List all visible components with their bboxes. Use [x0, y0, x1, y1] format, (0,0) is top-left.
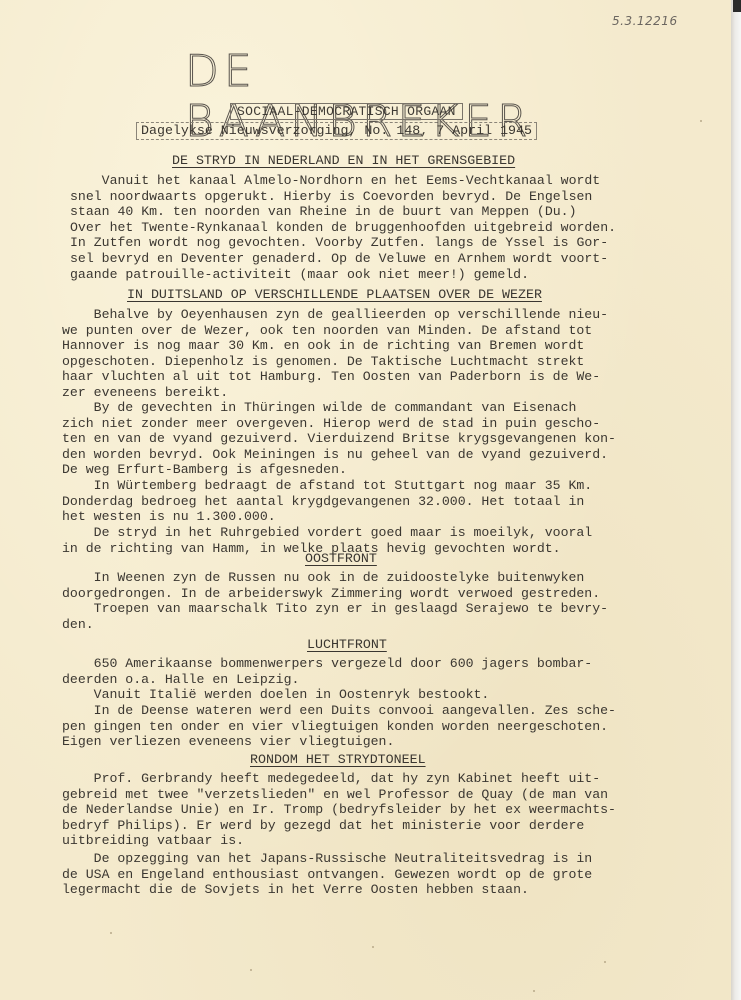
article-paragraph: By de gevechten in Thüringen wilde de co…	[62, 400, 616, 478]
section-heading-netherlands: DE STRYD IN NEDERLAND EN IN HET GRENSGEB…	[172, 153, 515, 168]
paper-speck	[110, 932, 112, 934]
section-heading-air-front: LUCHTFRONT	[307, 637, 387, 652]
article-paragraph: In Würtemberg bedraagt de afstand tot St…	[62, 478, 592, 525]
newspaper-subtitle: SOCIAAL-DEMOCRATISCH ORGAAN	[230, 103, 463, 120]
article-paragraph: 650 Amerikaanse bommenwerpers vergezeld …	[62, 656, 592, 687]
newsletter-page: 5.3.12216 DE BAANBREKER SOCIAAL-DEMOCRAT…	[0, 0, 731, 1000]
paper-speck	[533, 990, 535, 992]
article-paragraph: Vanuit het kanaal Almelo-Nordhorn en het…	[70, 173, 616, 282]
article-paragraph: De opzegging van het Japans-Russische Ne…	[62, 851, 592, 898]
section-heading-eastern-front: OOSTFRONT	[305, 551, 377, 566]
article-paragraph: In Weenen zyn de Russen nu ook in de zui…	[62, 570, 600, 601]
issue-line: Dagelykse Nieuwsverzorging, No. 148, 7 A…	[136, 122, 537, 140]
article-paragraph: Behalve by Oeyenhausen zyn de geallieerd…	[62, 307, 608, 401]
paper-speck	[604, 961, 606, 963]
article-paragraph: Troepen van maarschalk Tito zyn er in ge…	[62, 601, 608, 632]
paper-speck	[700, 120, 702, 122]
article-paragraph: In de Deense wateren werd een Duits conv…	[62, 703, 616, 750]
paper-speck	[372, 946, 374, 948]
article-paragraph: Prof. Gerbrandy heeft medegedeeld, dat h…	[62, 771, 616, 849]
paper-speck	[250, 969, 252, 971]
section-heading-around-battlefield: RONDOM HET STRYDTONEEL	[250, 752, 426, 767]
scanner-edge	[731, 0, 741, 1000]
section-heading-germany: IN DUITSLAND OP VERSCHILLENDE PLAATSEN O…	[127, 287, 542, 302]
article-paragraph: Vanuit Italië werden doelen in Oostenryk…	[62, 687, 489, 703]
archive-reference-number: 5.3.12216	[612, 14, 678, 28]
